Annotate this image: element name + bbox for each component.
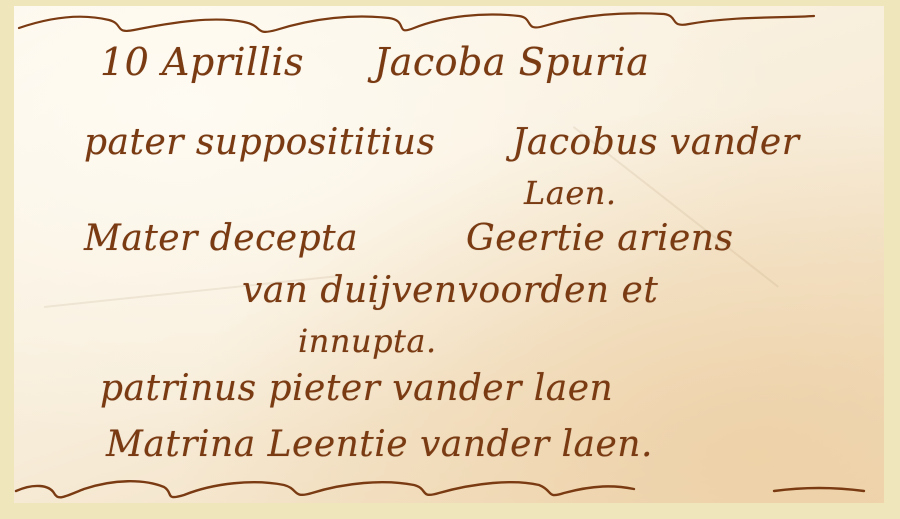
father-name-continued: Laen. [524, 174, 617, 212]
mother-label: Mater decepta [84, 218, 358, 259]
mother-status: innupta. [298, 322, 437, 360]
godmother-line: Matrina Leentie vander laen. [106, 424, 653, 465]
mother-name-continued: van duijvenvoorden et [242, 270, 658, 311]
father-name: Jacobus vander [512, 122, 799, 163]
mother-name: Geertie ariens [466, 218, 733, 259]
manuscript-page: 10 Aprillis Jacoba Spuria pater supposit… [14, 6, 884, 503]
godfather-line: patrinus pieter vander laen [100, 368, 613, 409]
bottom-separator-flourish [14, 471, 884, 503]
entry-date: 10 Aprillis [100, 40, 304, 84]
child-name: Jacoba Spuria [374, 40, 649, 84]
father-label: pater supposititius [84, 122, 435, 163]
